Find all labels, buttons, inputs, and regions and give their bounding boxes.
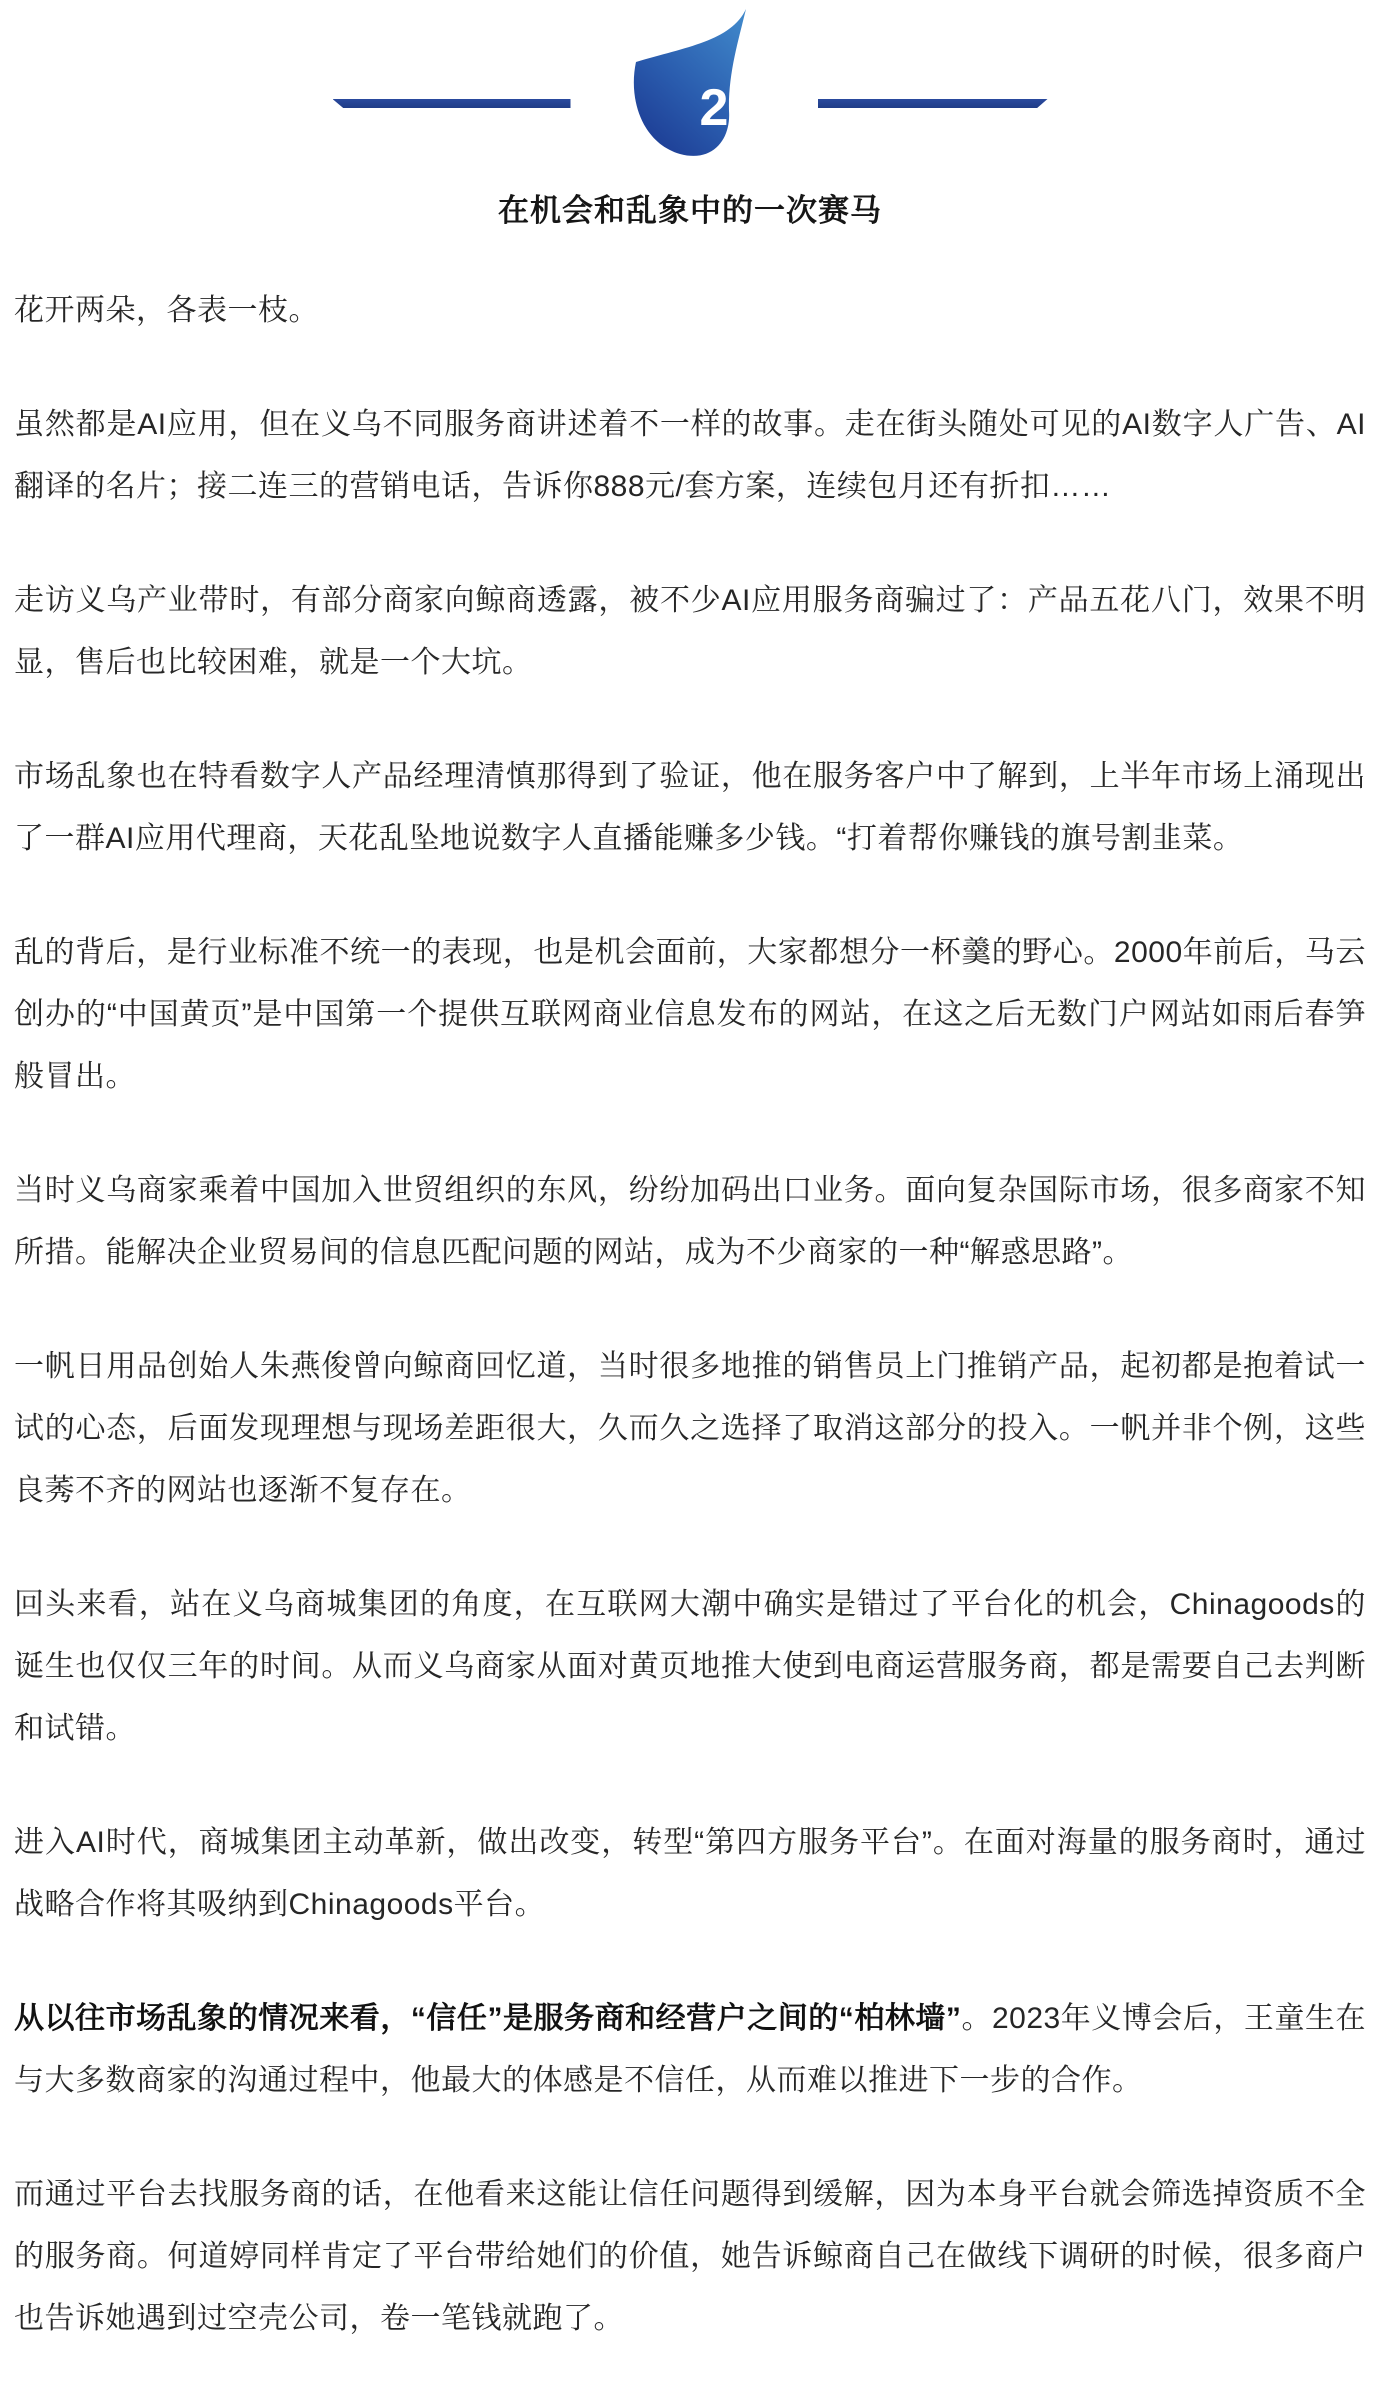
article-body: 花开两朵，各表一枝。 虽然都是AI应用，但在义乌不同服务商讲述着不一样的故事。走… xyxy=(0,280,1380,2350)
paragraph: 当时义乌商家乘着中国加入世贸组织的东风，纷纷加码出口业务。面向复杂国际市场，很多… xyxy=(14,1160,1366,1284)
paragraph: 走访义乌产业带时，有部分商家向鲸商透露，被不少AI应用服务商骗过了：产品五花八门… xyxy=(14,570,1366,694)
section-badge-icon: 2 xyxy=(628,7,761,157)
section-number: 2 xyxy=(699,79,728,137)
paragraph: 乱的背后，是行业标准不统一的表现，也是机会面前，大家都想分一杯羹的野心。2000… xyxy=(14,922,1366,1108)
paragraph: 虽然都是AI应用，但在义乌不同服务商讲述着不一样的故事。走在街头随处可见的AI数… xyxy=(14,394,1366,518)
page-title: 在机会和乱象中的一次赛马 xyxy=(0,185,1380,230)
divider-line-left xyxy=(333,99,571,108)
section-divider: 2 xyxy=(0,0,1380,165)
paragraph: 市场乱象也在特看数字人产品经理清慎那得到了验证，他在服务客户中了解到，上半年市场… xyxy=(14,746,1366,870)
paragraph-with-bold-lead: 从以往市场乱象的情况来看，“信任”是服务商和经营户之间的“柏林墙”。2023年义… xyxy=(14,1988,1366,2112)
divider-line-right xyxy=(818,99,1048,108)
article-page: 2 在机会和乱象中的一次赛马 花开两朵，各表一枝。 虽然都是AI应用，但在义乌不… xyxy=(0,0,1380,2387)
bold-lead-text: 从以往市场乱象的情况来看，“信任”是服务商和经营户之间的“柏林墙” xyxy=(14,2002,961,2035)
swoosh-wave-icon: 2 xyxy=(628,7,761,157)
paragraph: 进入AI时代，商城集团主动革新，做出改变，转型“第四方服务平台”。在面对海量的服… xyxy=(14,1812,1366,1936)
paragraph: 回头来看，站在义乌商城集团的角度，在互联网大潮中确实是错过了平台化的机会，Chi… xyxy=(14,1574,1366,1760)
paragraph: 而通过平台去找服务商的话，在他看来这能让信任问题得到缓解，因为本身平台就会筛选掉… xyxy=(14,2164,1366,2350)
paragraph: 一帆日用品创始人朱燕俊曾向鲸商回忆道，当时很多地推的销售员上门推销产品，起初都是… xyxy=(14,1336,1366,1522)
paragraph: 花开两朵，各表一枝。 xyxy=(14,280,1366,342)
